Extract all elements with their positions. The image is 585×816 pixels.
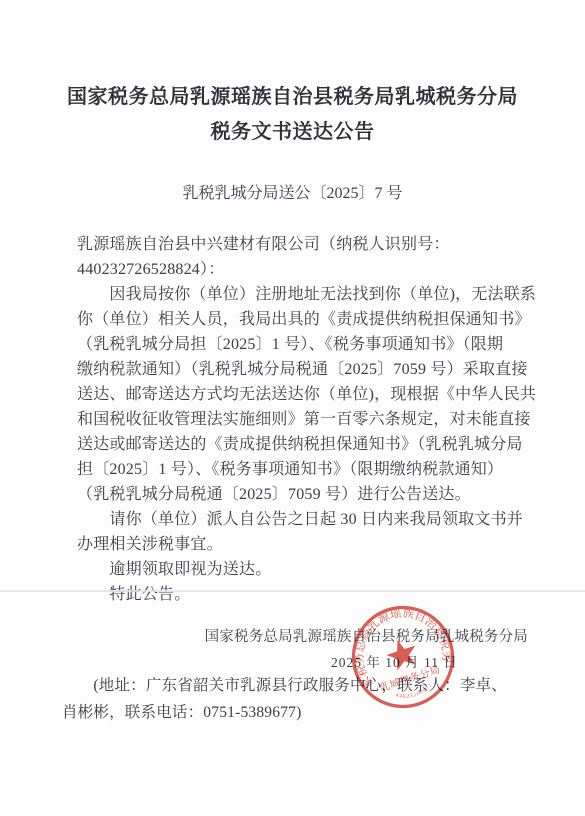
address-line: 肖彬彬，联系电话：0751-5389677) — [62, 699, 532, 726]
document-title: 国家税务总局乳源瑶族自治县税务局乳城税务分局 税务文书送达公告 — [0, 80, 585, 150]
document-body: 乳源瑶族自治县中兴建材有限公司（纳税人识别号： 440232726528824）… — [77, 232, 537, 607]
body-line: （乳税乳城分局税通〔2025〕7059 号）进行公告送达。 — [77, 482, 537, 507]
document-title-line2: 税务文书送达公告 — [0, 115, 585, 150]
body-line: （乳税乳城分局担〔2025〕1 号）、《税务事项通知书》（限期 — [77, 332, 537, 357]
issue-date: 2025 年 10 月 11 日 — [331, 654, 458, 671]
body-line: 乳源瑶族自治县中兴建材有限公司（纳税人识别号： — [77, 232, 537, 257]
body-line: 送达、邮寄送达方式均无法送达你（单位)，现根据《中华人民共 — [77, 382, 537, 407]
scan-artifact-line — [0, 590, 585, 592]
body-line: 办理相关涉税事宜。 — [77, 532, 537, 557]
body-line: 担〔2025〕1 号）、《税务事项通知书》（限期缴纳税款通知） — [77, 457, 537, 482]
body-line: 你（单位）相关人员，我局出具的《责成提供纳税担保通知书》 — [77, 307, 537, 332]
issuing-authority-signature: 国家税务总局乳源瑶族自治县税务局乳城税务分局 — [205, 628, 528, 647]
body-line: 和国税收征收管理法实施细则》第一百零六条规定，对未能直接 — [77, 407, 537, 432]
address-line: (地址：广东省韶关市乳源县行政服务中心，联系人：李卓、 — [62, 672, 532, 699]
scanned-tax-notice-page: 国家税务总局乳源瑶族自治县税务局乳城税务分局 税务文书送达公告 乳税乳城分局送公… — [0, 0, 585, 816]
body-line: 因我局按你（单位）注册地址无法找到你（单位)，无法联系 — [77, 282, 537, 307]
body-line: 逾期领取即视为送达。 — [77, 557, 537, 582]
body-line: 特此公告。 — [77, 582, 537, 607]
body-line: 缴纳税款通知）（乳税乳城分局税通〔2025〕7059 号）采取直接 — [77, 357, 537, 382]
body-line: 请你（单位）派人自公告之日起 30 日内来我局领取文书并 — [77, 507, 537, 532]
body-line: 送达或邮寄送达的《责成提供纳税担保通知书》（乳税乳城分局 — [77, 432, 537, 457]
document-title-line1: 国家税务总局乳源瑶族自治县税务局乳城税务分局 — [0, 80, 585, 115]
body-line: 440232726528824）： — [77, 257, 537, 282]
contact-address-block: (地址：广东省韶关市乳源县行政服务中心，联系人：李卓、 肖彬彬，联系电话：075… — [62, 672, 532, 726]
document-number: 乳税乳城分局送公〔2025〕7 号 — [0, 182, 585, 206]
